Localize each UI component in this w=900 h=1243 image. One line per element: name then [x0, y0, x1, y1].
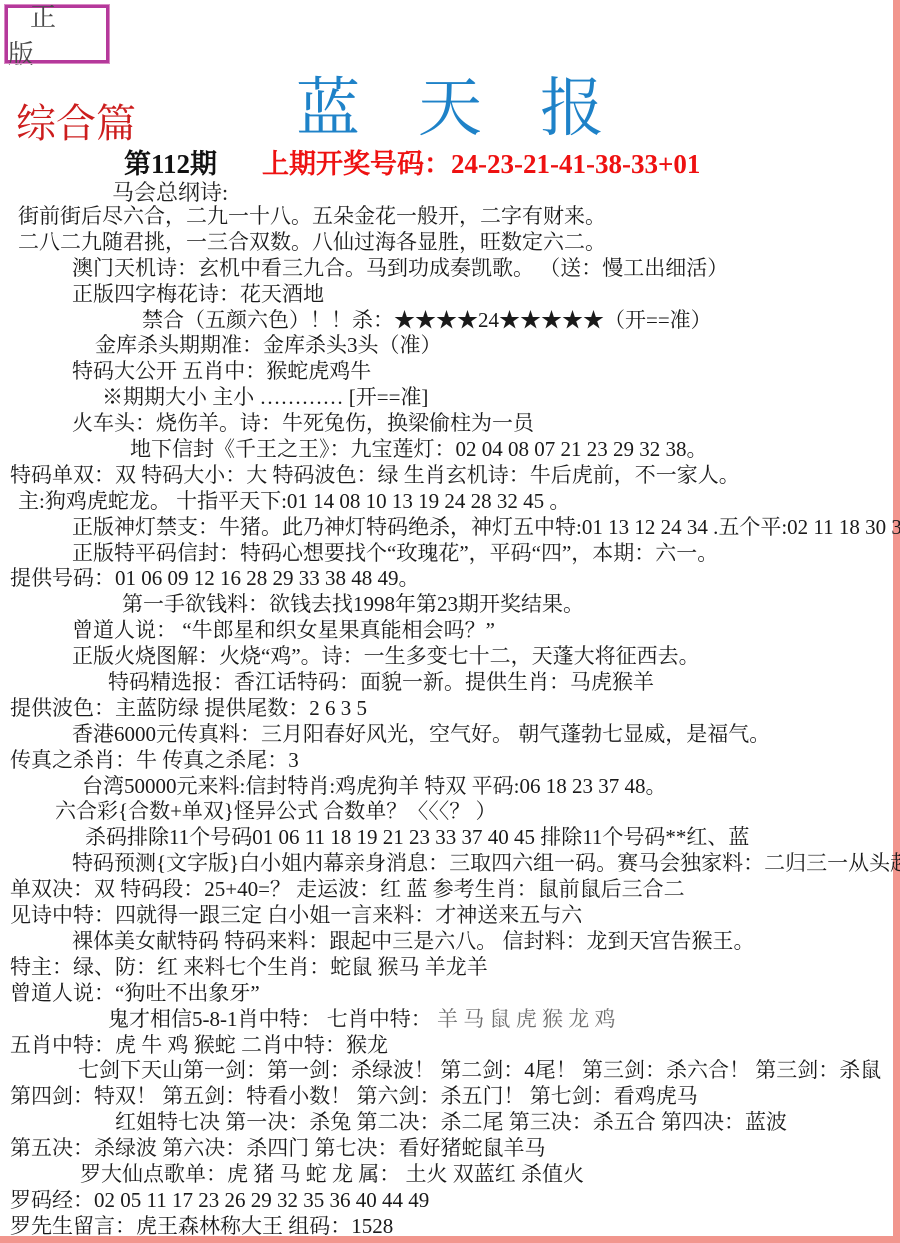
text-line: 特主：绿、防：红 来料七个生肖：蛇鼠 猴马 羊龙羊 — [10, 955, 896, 981]
text-line: 第五决：杀绿波 第六决：杀四门 第七决：看好猪蛇鼠羊马 — [10, 1136, 896, 1162]
text-line: 特码精选报：香江话特码：面貌一新。提供生肖：马虎猴羊 — [10, 670, 896, 696]
text-line: 罗码经：02 05 11 17 23 26 29 32 35 36 40 44 … — [10, 1188, 896, 1214]
text-line: 裸体美女献特码 特码来料：跟起中三是六八。 信封料：龙到天宫告猴王。 — [10, 929, 896, 955]
text-line: 杀码排除11个号码01 06 11 18 19 21 23 33 37 40 4… — [10, 825, 896, 851]
text-line: 金库杀头期期准：金库杀头3头（准） — [10, 333, 896, 359]
text-line: 正版火烧图解：火烧“鸡”。诗：一生多变七十二，天蓬大将征西去。 — [10, 644, 896, 670]
text-line: 见诗中特：四就得一跟三定 白小姐一言来料：才神送来五与六 — [10, 903, 896, 929]
intro-label: 马会总纲诗: — [112, 176, 228, 207]
text-line: 正版特平码信封：特码心想要找个“玫瑰花”，平码“四”，本期：六一。 — [10, 541, 896, 567]
text-line: 曾道人说： “牛郎星和织女星果真能相会吗？” — [10, 618, 896, 644]
text-line: 街前街后尽六合，二九一十八。五朵金花一般开，二字有财来。 — [10, 204, 896, 230]
text-line: 台湾50000元来料:信封特肖:鸡虎狗羊 特双 平码:06 18 23 37 4… — [10, 774, 896, 800]
text-line: 二八二九随君挑，一三合双数。八仙过海各显胜，旺数定六二。 — [10, 230, 896, 256]
text-line: 七剑下天山第一剑：第一剑：杀绿波！ 第二剑：4尾！ 第三剑：杀六合！ 第三剑：杀… — [10, 1058, 896, 1084]
text-line: 提供波色：主蓝防绿 提供尾数：2 6 3 5 — [10, 696, 896, 722]
text-line: 鬼才相信5-8-1肖中特： 七肖中特： 羊 马 鼠 虎 猴 龙 鸡 — [10, 1007, 896, 1033]
text-line: ※期期大小 主小 ………… [开==准] — [10, 385, 896, 411]
text-segment: 羊 马 鼠 虎 猴 龙 鸡 — [437, 1007, 616, 1031]
text-line: 特码单双：双 特码大小：大 特码波色：绿 生肖玄机诗：牛后虎前，不一家人。 — [10, 463, 896, 489]
text-line: 禁合（五颜六色）！！杀：★★★★24★★★★★（开==准） — [10, 308, 896, 334]
text-line: 第四剑：特双！ 第五剑：特看小数！ 第六剑：杀五门！ 第七剑：看鸡虎马 — [10, 1084, 896, 1110]
text-line: 罗大仙点歌单：虎 猪 马 蛇 龙 属： 土火 双蓝红 杀值火 — [10, 1162, 896, 1188]
text-line: 曾道人说：“狗吐不出象牙” — [10, 981, 896, 1007]
text-line: 提供号码：01 06 09 12 16 28 29 33 38 48 49。 — [10, 566, 896, 592]
text-line: 六合彩{合数+单双}怪异公式 合数单？〈〈〈？ ） — [10, 799, 896, 825]
text-line: 主:狗鸡虎蛇龙。 十指平天下:01 14 08 10 13 19 24 28 3… — [10, 489, 896, 515]
text-line: 五肖中特：虎 牛 鸡 猴蛇 二肖中特：猴龙 — [10, 1033, 896, 1059]
text-line: 地下信封《千王之王》：九宝莲灯：02 04 08 07 21 23 29 32 … — [10, 437, 896, 463]
text-line: 单双决：双 特码段：25+40=？ 走运波：红 蓝 参考生肖：鼠前鼠后三合二 — [10, 877, 896, 903]
text-line: 红姐特七决 第一决：杀兔 第二决：杀二尾 第三决：杀五合 第四决：蓝波 — [10, 1110, 896, 1136]
text-line: 香港6000元传真料：三月阳春好风光，空气好。 朝气蓬勃七显威，是福气。 — [10, 722, 896, 748]
text-line: 正版神灯禁支：牛猪。此乃神灯特码绝杀，神灯五中特:01 13 12 24 34 … — [10, 515, 896, 541]
report-body: 街前街后尽六合，二九一十八。五朵金花一般开，二字有财来。二八二九随君挑，一三合双… — [10, 204, 896, 1240]
text-line: 特码大公开 五肖中：猴蛇虎鸡牛 — [10, 359, 896, 385]
text-segment: 鬼才相信5-8-1肖中特： 七肖中特： — [108, 1007, 437, 1031]
text-line: 传真之杀肖：牛 传真之杀尾：3 — [10, 748, 896, 774]
text-line: 罗先生留言：虎王森林称大王 组码：1528 — [10, 1214, 896, 1240]
text-line: 特码预测{文字版}白小姐内幕亲身消息：三取四六组一码。赛马会独家料：二归三一从头… — [10, 851, 896, 877]
last-draw-numbers: 上期开奖号码：24-23-21-41-38-33+01 — [262, 142, 700, 181]
section-title: 综合篇 — [16, 92, 136, 149]
authentic-badge: 正 版 — [5, 5, 109, 63]
text-line: 澳门天机诗：玄机中看三九合。马到功成奏凯歌。 （送：慢工出细活） — [10, 256, 896, 282]
text-line: 火车头：烧伤羊。诗：牛死兔伤，换梁偷柱为一员 — [10, 411, 896, 437]
text-line: 第一手欲钱料：欲钱去找1998年第23期开奖结果。 — [10, 592, 896, 618]
text-line: 正版四字梅花诗：花天酒地 — [10, 282, 896, 308]
